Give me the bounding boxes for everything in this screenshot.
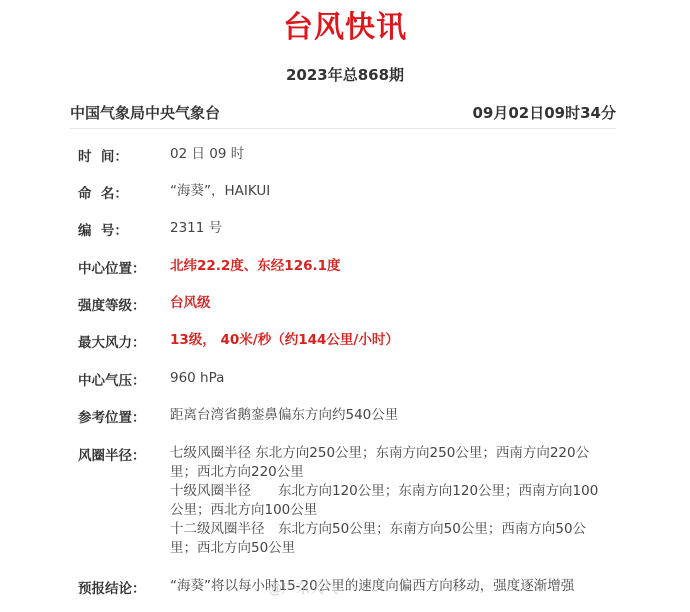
wind-radius-12: 十二级风圈半径 东北方向50公里；东南方向50公里；西南方向50公里；西北方向5…	[170, 520, 602, 558]
field-value: 960 hPa	[170, 369, 610, 388]
field-value: 13级， 40米/秒（约144公里/小时）	[170, 331, 610, 350]
page-title: 台风快讯	[0, 2, 690, 46]
field-label: 中心气压：	[78, 369, 146, 389]
field-value: 台风级	[170, 294, 610, 313]
agency-name: 中国气象局中央气象台	[70, 102, 220, 123]
field-label: 时 间：	[78, 145, 128, 165]
wind-radius-10: 十级风圈半径 东北方向120公里；东南方向120公里；西南方向100公里；西北方…	[170, 482, 602, 520]
wind-radius-7: 七级风圈半径 东北方向250公里；东南方向250公里；西南方向220公里；西北方…	[170, 444, 602, 482]
field-label: 中心位置：	[78, 257, 146, 277]
issue-datetime: 09月02日09时34分	[473, 102, 617, 123]
field-value: “海葵”将以每小时15-20公里的速度向偏西方向移动，强度逐渐增强	[170, 577, 602, 596]
field-label: 命 名：	[78, 182, 128, 202]
field-label: 风圈半径：	[78, 444, 146, 464]
field-value: 北纬22.2度、东经126.1度	[170, 257, 610, 276]
wind-radius-list: 七级风圈半径 东北方向250公里；东南方向250公里；西南方向220公里；西北方…	[170, 444, 602, 558]
field-label: 参考位置：	[78, 406, 146, 426]
field-value: “海葵”，HAIKUI	[170, 182, 610, 201]
issue-number: 2023年总868期	[0, 64, 690, 85]
weibo-watermark: @广东天气	[268, 578, 338, 598]
field-label: 预报结论：	[78, 577, 146, 597]
field-label: 强度等级：	[78, 294, 146, 314]
field-value: 距离台湾省鹅銮鼻偏东方向约540公里	[170, 406, 610, 425]
field-label: 最大风力：	[78, 331, 146, 351]
field-label: 编 号：	[78, 219, 128, 239]
field-value: 02 日 09 时	[170, 145, 610, 164]
field-value: 2311 号	[170, 219, 610, 238]
bulletin-header: 中国气象局中央气象台 09月02日09时34分	[70, 102, 616, 129]
